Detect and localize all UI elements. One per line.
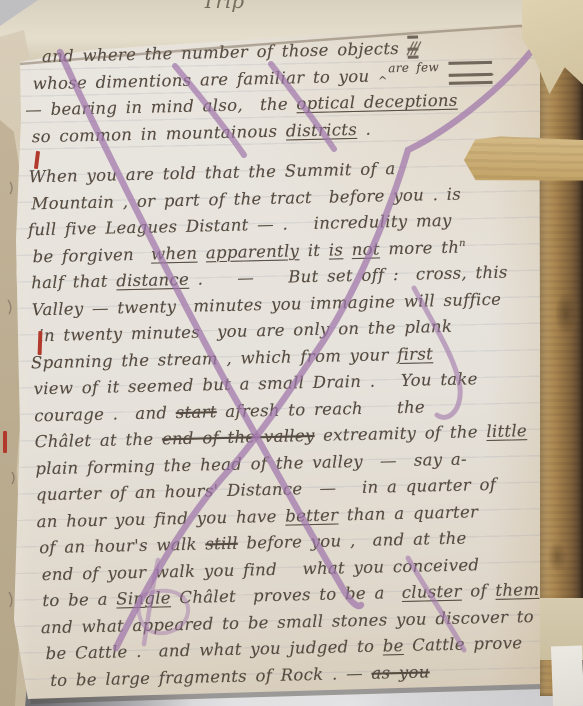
paragraph: When you are told that the Summit of aMo… <box>27 152 575 694</box>
scribble: /// <box>407 39 418 58</box>
text-segment: When you are told that the Summit of a <box>29 159 396 186</box>
text-segment: half that <box>31 271 116 292</box>
text-segment: Spanning the stream , which from your <box>31 345 398 372</box>
text-segment: when <box>151 243 198 263</box>
text-segment: distance <box>116 270 189 291</box>
text-segment: and where the number of those objects <box>42 39 408 66</box>
scribble: ——— <box>449 63 493 83</box>
text-segment: before you , and at the <box>238 529 467 553</box>
text-segment: optical deceptions <box>296 91 458 114</box>
text-segment: is <box>329 240 344 259</box>
red-edge-mark <box>3 431 7 453</box>
text-segment: as you <box>371 662 430 682</box>
insertion-text: are few <box>388 60 439 75</box>
text-segment: cluster <box>401 582 461 602</box>
text-segment: be Cattle . and what you judged to <box>45 636 383 663</box>
adhesive-tape-patch <box>464 135 583 184</box>
text-segment: little <box>486 421 527 441</box>
text-segment: ^ <box>378 74 388 87</box>
text-segment: to be large fragments of Rock . — <box>50 663 372 689</box>
cutoff-page-title-fragment: Trip <box>202 0 244 13</box>
text-segment: so common in mountainous <box>32 121 286 146</box>
text-segment: whose dimentions are familiar to you <box>32 66 378 93</box>
text-segment: apparently <box>206 241 300 262</box>
text-segment: extreamity of the <box>314 422 486 445</box>
text-segment: afresh to reach the <box>217 397 426 421</box>
text-segment: of <box>461 581 495 601</box>
text-segment: . — But set off : cross, this <box>189 263 508 289</box>
text-segment: districts <box>286 119 358 140</box>
text-segment: them <box>495 580 539 600</box>
text-segment: it <box>299 240 329 260</box>
text-segment: Cattle prove <box>403 633 522 655</box>
text-segment: start <box>176 402 217 422</box>
text-segment: better <box>285 505 338 525</box>
book-binding-edge <box>540 0 583 696</box>
text-segment: end of the valley <box>162 426 315 448</box>
text-segment: in twenty minutes you are only on the pl… <box>38 317 452 345</box>
text-segment: first <box>397 344 433 364</box>
paragraph: and where the number of those objects //… <box>24 32 562 150</box>
text-segment: to be a <box>42 590 116 611</box>
text-segment: not <box>351 239 380 259</box>
white-tab-bottom-right <box>551 645 583 706</box>
text-segment: Châlet proves to be a <box>171 583 402 607</box>
text-segment: full five Leagues Distant — . incredulit… <box>28 211 452 240</box>
text-segment: still <box>205 534 238 554</box>
text-segment: be <box>383 636 404 655</box>
text-segment: be forgiven <box>32 244 151 266</box>
text-segment: — bearing in mind also, the <box>25 94 297 119</box>
text-segment: courage . and <box>34 403 176 425</box>
text-segment: more th <box>380 237 460 258</box>
manuscript-text: and where the number of those objects //… <box>24 32 575 694</box>
text-segment: Single <box>116 588 171 608</box>
text-segment: . <box>357 119 372 138</box>
text-segment: n <box>459 237 466 248</box>
text-segment: Châlet at the <box>35 429 163 451</box>
red-edge-mark <box>38 331 43 355</box>
text-segment: an hour you find you have <box>36 506 285 531</box>
manuscript-photo: Trip and where the number of those objec… <box>0 0 583 706</box>
text-segment: than a quarter <box>338 502 478 524</box>
text-segment: of an hour's walk <box>39 534 206 557</box>
